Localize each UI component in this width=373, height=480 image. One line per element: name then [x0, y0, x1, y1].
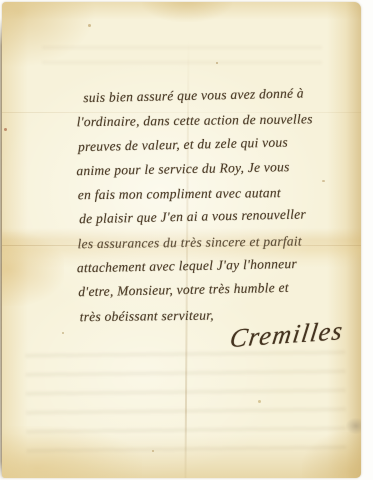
foxing-speck [4, 128, 7, 131]
smudge-right [346, 418, 361, 434]
letter-line: anime pour le service du Roy, Je vous [76, 154, 361, 184]
letter-body: suis bien assuré que vous avez donné à l… [74, 82, 361, 329]
foxing-speck [88, 24, 91, 27]
letter-line: d'etre, Monsieur, votre très humble et [78, 275, 361, 305]
foxing-speck [62, 332, 64, 334]
ink-bleed-through [42, 42, 322, 76]
scanned-letter-photo: suis bien assuré que vous avez donné à l… [0, 0, 373, 480]
letter-line: suis bien assuré que vous avez donné à [83, 80, 361, 110]
letter-line: de plaisir que J'en ai a vous renouvelle… [79, 202, 361, 232]
stain-top-center [142, 2, 232, 22]
stain-left-edge [2, 232, 64, 306]
ink-bleed-through [25, 348, 346, 467]
letter-page: suis bien assuré que vous avez donné à l… [2, 2, 361, 478]
